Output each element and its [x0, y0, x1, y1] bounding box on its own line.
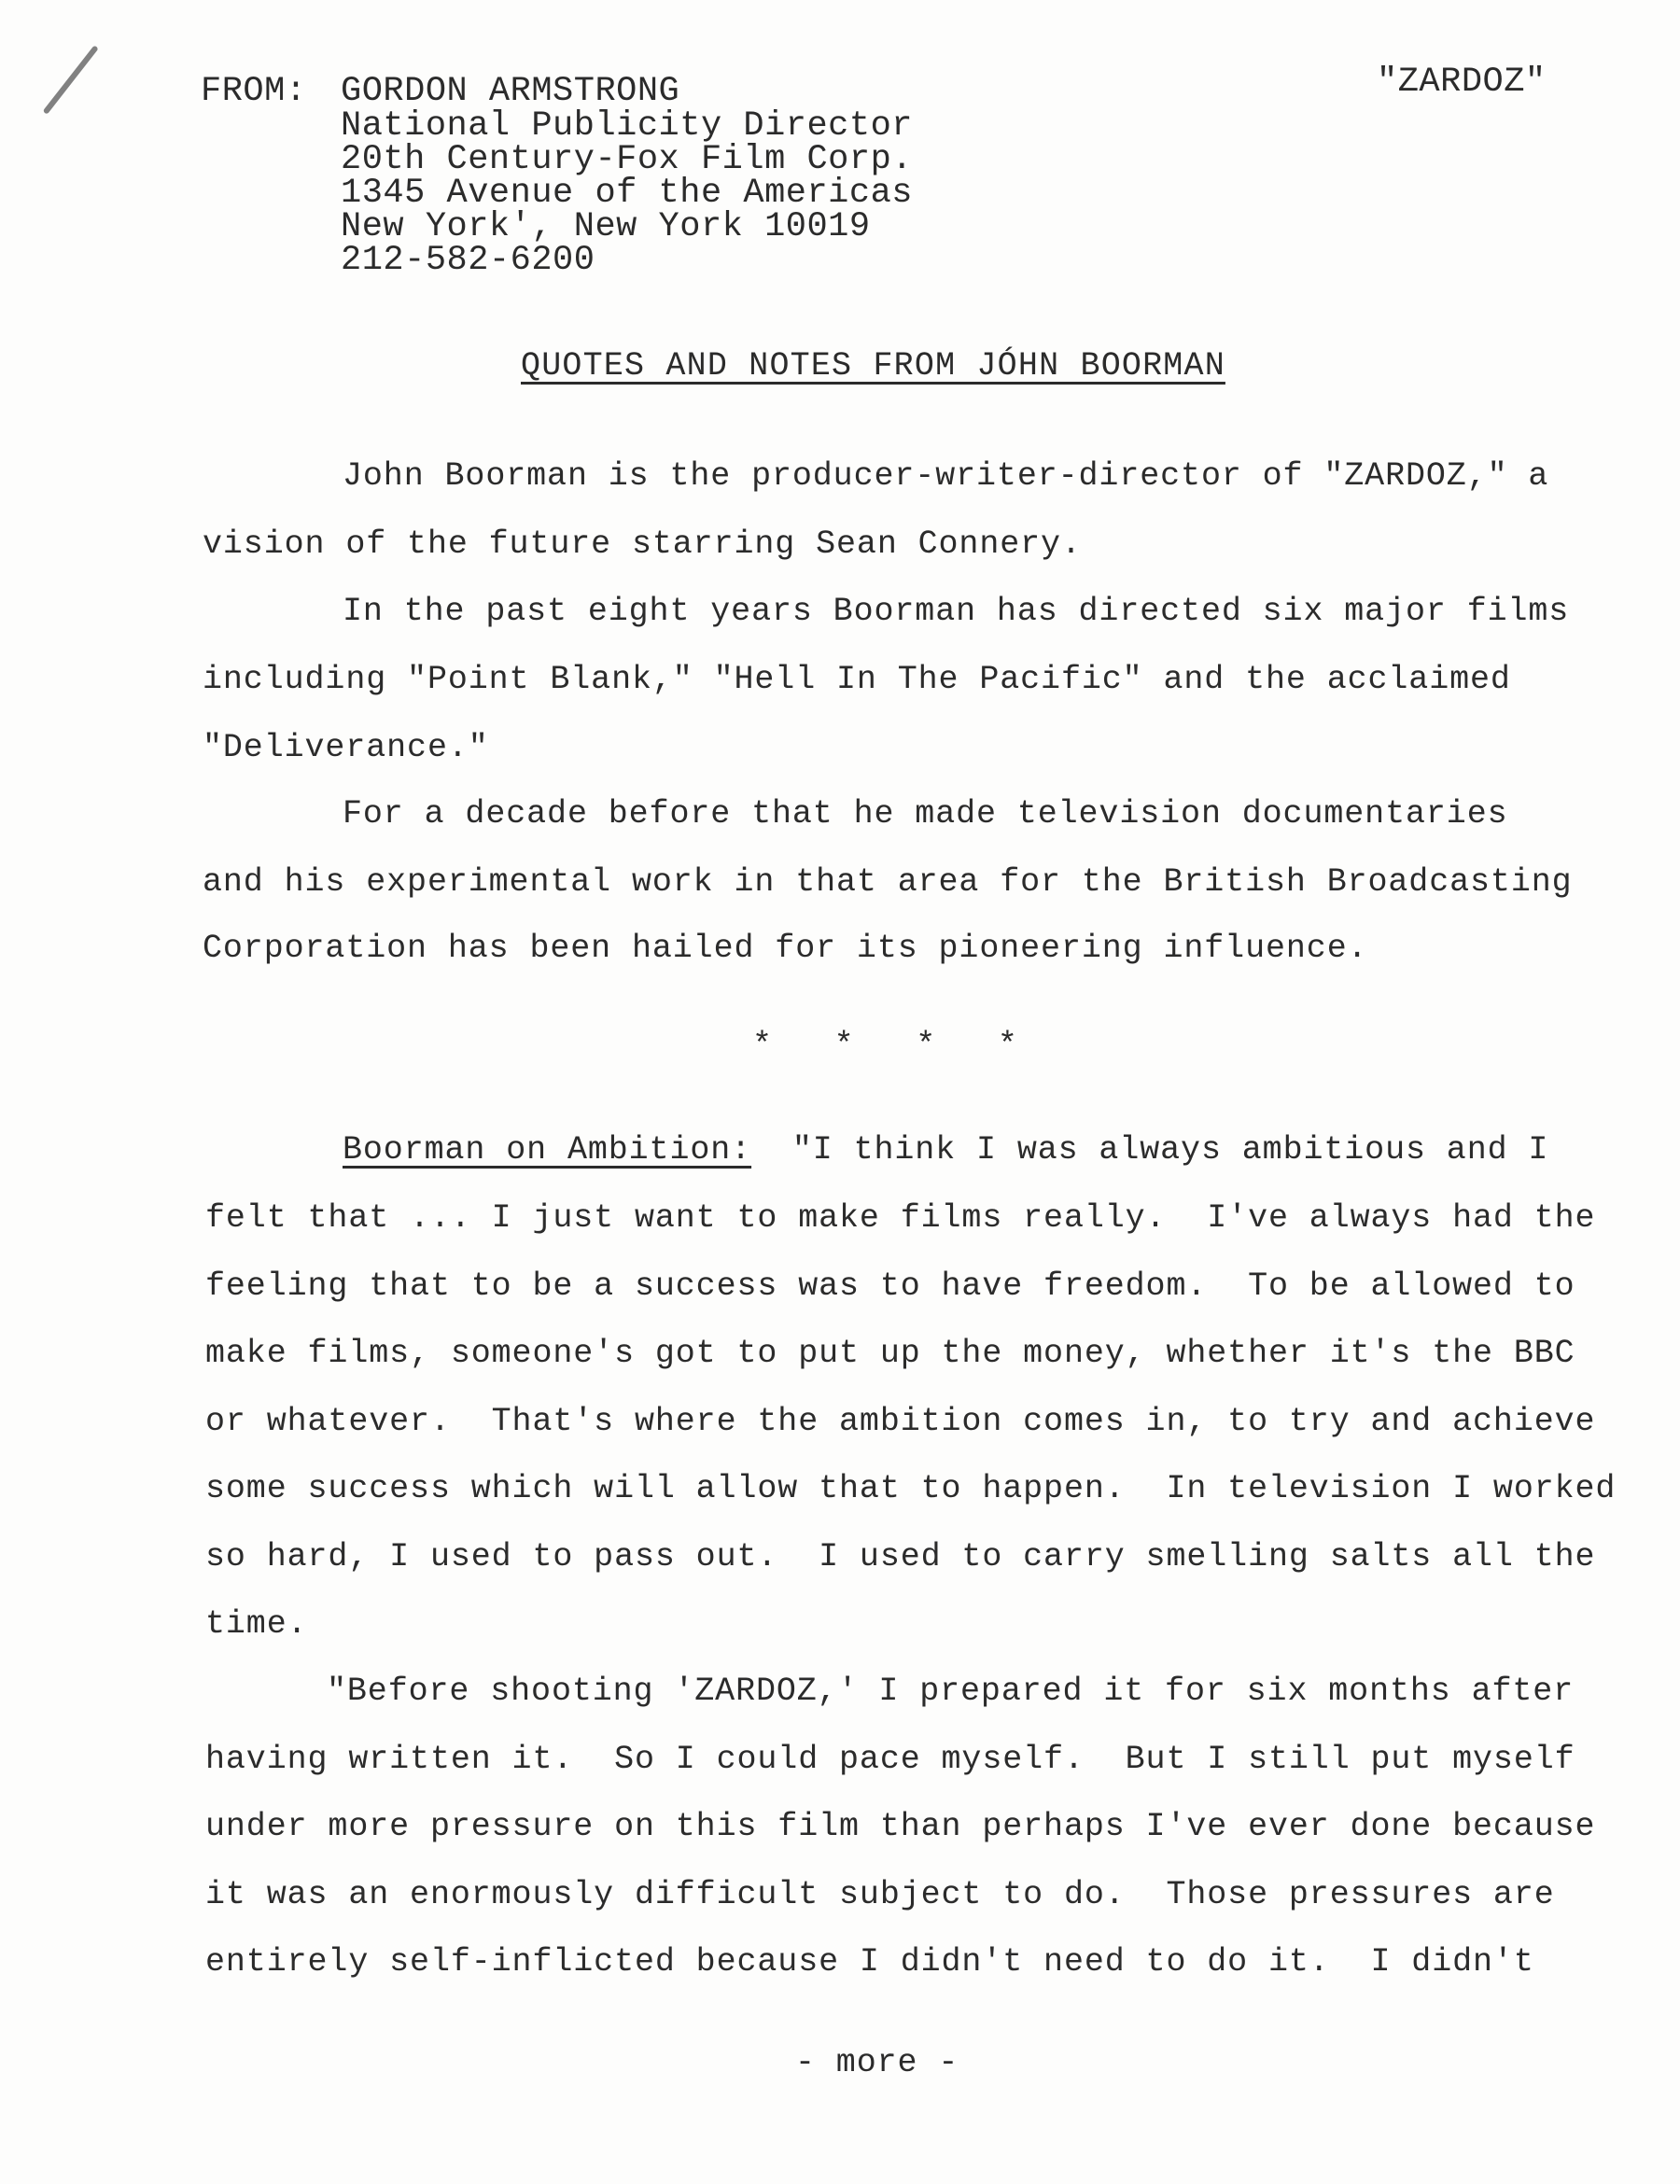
sender-street: 1345 Avenue of the Americas [341, 176, 913, 210]
body-line: "Deliverance." [203, 729, 489, 766]
body-line: vision of the future starring Sean Conne… [203, 525, 1082, 563]
section-heading: Boorman on Ambition: [343, 1131, 751, 1169]
body-line: feeling that to be a success was to have… [205, 1267, 1575, 1305]
continuation-footer: - more - [795, 2044, 959, 2081]
body-line: In the past eight years Boorman has dire… [343, 593, 1569, 630]
body-line: and his experimental work in that area f… [203, 863, 1573, 901]
body-line: it was an enormously difficult subject t… [205, 1876, 1555, 1913]
body-line: make films, someone's got to put up the … [205, 1335, 1575, 1372]
sender-city: New York', New York 10019 [341, 210, 871, 244]
sender-company: 20th Century-Fox Film Corp. [341, 143, 913, 176]
film-title-header: "ZARDOZ" [1377, 65, 1547, 99]
document-title: QUOTES AND NOTES FROM JÓHN BOORMAN [521, 347, 1225, 385]
body-line: including "Point Blank," "Hell In The Pa… [203, 661, 1511, 698]
quote-opening: "I think I was always ambitious and I [751, 1131, 1548, 1169]
body-line: so hard, I used to pass out. I used to c… [205, 1538, 1595, 1575]
quote-first-line: Boorman on Ambition: "I think I was alwa… [343, 1131, 1548, 1169]
body-line: some success which will allow that to ha… [205, 1470, 1616, 1507]
section-separator: * * * * [752, 1027, 1018, 1064]
sender-title: National Publicity Director [341, 109, 913, 143]
body-line: having written it. So I could pace mysel… [205, 1741, 1575, 1778]
sender-phone: 212-582-6200 [341, 244, 595, 277]
body-line: "Before shooting 'ZARDOZ,' I prepared it… [327, 1673, 1574, 1710]
body-line: under more pressure on this film than pe… [205, 1808, 1595, 1845]
pencil-mark [43, 45, 99, 115]
body-line: John Boorman is the producer-writer-dire… [343, 457, 1548, 495]
body-line: entirely self-inflicted because I didn't… [205, 1943, 1534, 1981]
body-line: For a decade before that he made televis… [343, 795, 1508, 833]
body-line: Corporation has been hailed for its pion… [203, 930, 1368, 967]
body-line: or whatever. That's where the ambition c… [205, 1403, 1595, 1440]
sender-name: GORDON ARMSTRONG [341, 75, 679, 108]
from-label: FROM: [201, 75, 307, 108]
body-line: felt that ... I just want to make films … [205, 1199, 1595, 1237]
body-line: time. [205, 1605, 308, 1643]
